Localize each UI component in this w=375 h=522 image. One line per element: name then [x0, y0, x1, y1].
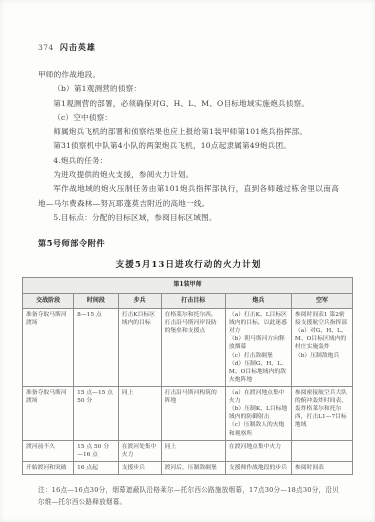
table-cell: 8—15 点	[74, 309, 119, 387]
table-cell: 开始渡河和突破	[23, 461, 74, 474]
table-cell: 16 点起	[74, 461, 119, 474]
table-cell: 渡河后，压制敌碉堡	[161, 461, 225, 474]
table-cell: 在渡河处集中火力	[118, 440, 161, 461]
division-header: 第1装甲师	[23, 278, 353, 293]
table-cell: （a）在渡河地点集中火力 （b）压制K、L目标地域内的防御射击 （c）压制敌人的…	[225, 387, 291, 441]
table-cell: 支援师作战地段的步兵	[225, 461, 291, 474]
paragraph: 为进攻提供的炮火支援，参阅火力计划。	[38, 168, 339, 182]
table-cell: 打击K目标区域内的目标	[118, 309, 161, 387]
table-row: 准备夺取马斯河渡场 15 点—15 点 50 分 同上 打击沿马斯河构筑的阵地 …	[23, 387, 353, 441]
paragraph: 第1观测营的部署，必须确保对G、H、L、M、O目标地域实施炮兵侦察。	[38, 97, 339, 111]
paragraph: （b）第1观测营的侦察：	[38, 82, 339, 96]
table-cell: 在渡河地点集中火力	[225, 440, 291, 461]
table-span-header-row: 第1装甲师	[23, 278, 353, 293]
table-footnote: 注：16点—16点30分，烟幕遮蔽队沿格莱尔—托尔西公路施放烟幕，17点30分—…	[38, 484, 339, 508]
table-row: 渡河前不久 15 点 50 分—16 点 在渡河处集中火力 同上 在渡河地点集中…	[23, 440, 353, 461]
column-header: 时间段	[74, 293, 119, 308]
table-cell: 同上	[118, 387, 161, 441]
table-row: 准备夺取马斯河渡场 8—15 点 打击K目标区域内的目标 在格莱尔和托尔西，打击…	[23, 309, 353, 387]
table-row: 开始渡河和突破 16 点起 支援步兵 渡河后，压制敌碉堡 支援师作战地段的步兵 …	[23, 461, 353, 474]
paragraph: 师属炮兵飞机的部署和侦察结果也应上报给第1装甲师第101炮兵指挥部。	[38, 125, 339, 139]
table-cell: 参阅时间表	[291, 461, 352, 474]
table-title: 支援5月13日进攻行动的火力计划	[38, 258, 339, 270]
section-heading: 第5号师部令附件	[38, 238, 339, 249]
table-cell: 15 点 50 分—16 点	[74, 440, 119, 461]
table-cell: （a）打击K、L目标区域内的目标，以此迷惑对方 （b）朝马斯河方向释放烟幕 （c…	[225, 309, 291, 387]
paragraph: 4.炮兵的任务：	[38, 154, 339, 168]
page-content: 甲师的作战地段。 （b）第1观测营的侦察： 第1观测营的部署，必须确保对G、H、…	[38, 68, 339, 508]
column-header: 炮兵	[225, 293, 291, 308]
book-page: 374 闪击英雄 甲师的作战地段。 （b）第1观测营的侦察： 第1观测营的部署，…	[0, 0, 375, 522]
table-cell: 同上	[161, 440, 225, 461]
table-cell: 在格莱尔和托尔西，打击沿马斯河岸设防的堡垒和支援点	[161, 309, 225, 387]
paragraph: 甲师的作战地段。	[38, 68, 339, 82]
fire-plan-table: 第1装甲师 交战阶段 时间段 步兵 打击目标 炮兵 空军 准备夺取马斯河渡场 8…	[22, 277, 353, 475]
table-cell: 15 点—15 点 50 分	[74, 387, 119, 441]
table-cell: 准备夺取马斯河渡场	[23, 309, 74, 387]
paragraph: 军作战地域的炮火压制任务由第101炮兵指挥部执行，直到各师越过栋舍里以南高地—马…	[38, 182, 339, 211]
table-cell	[291, 440, 352, 461]
table-cell: 渡河前不久	[23, 440, 74, 461]
table-cell: 参阅密接航空兵大队的俯冲轰炸时间表，轰炸格莱尔和托尔西，打击L1—7目标地域	[291, 387, 352, 441]
column-header: 打击目标	[161, 293, 225, 308]
column-header: 交战阶段	[23, 293, 74, 308]
table-header-row: 交战阶段 时间段 步兵 打击目标 炮兵 空军	[23, 293, 353, 308]
table-cell: 支援步兵	[118, 461, 161, 474]
table-cell: 打击沿马斯河构筑的阵地	[161, 387, 225, 441]
paragraph: （c）空中侦察：	[38, 111, 339, 125]
paragraph: 5.目标点：分配的目标区域，参阅目标区域图。	[38, 211, 339, 225]
column-header: 步兵	[118, 293, 161, 308]
table-cell: 准备夺取马斯河渡场	[23, 387, 74, 441]
column-header: 空军	[291, 293, 352, 308]
paragraph: 第31侦察机中队第4小队的两架炮兵飞机，10点起隶属第49炮兵团。	[38, 139, 339, 153]
book-title: 闪击英雄	[60, 42, 96, 53]
body-text: 甲师的作战地段。 （b）第1观测营的侦察： 第1观测营的部署，必须确保对G、H、…	[38, 68, 339, 225]
running-head: 374 闪击英雄	[38, 42, 96, 53]
page-number: 374	[38, 43, 54, 52]
table-cell: 参阅时间表1 第2密接支援航空兵指挥部 （a）对G、H、L、M、O目标区域内的村…	[291, 309, 352, 387]
fire-plan-table-wrap: 第1装甲师 交战阶段 时间段 步兵 打击目标 炮兵 空军 准备夺取马斯河渡场 8…	[22, 277, 353, 475]
